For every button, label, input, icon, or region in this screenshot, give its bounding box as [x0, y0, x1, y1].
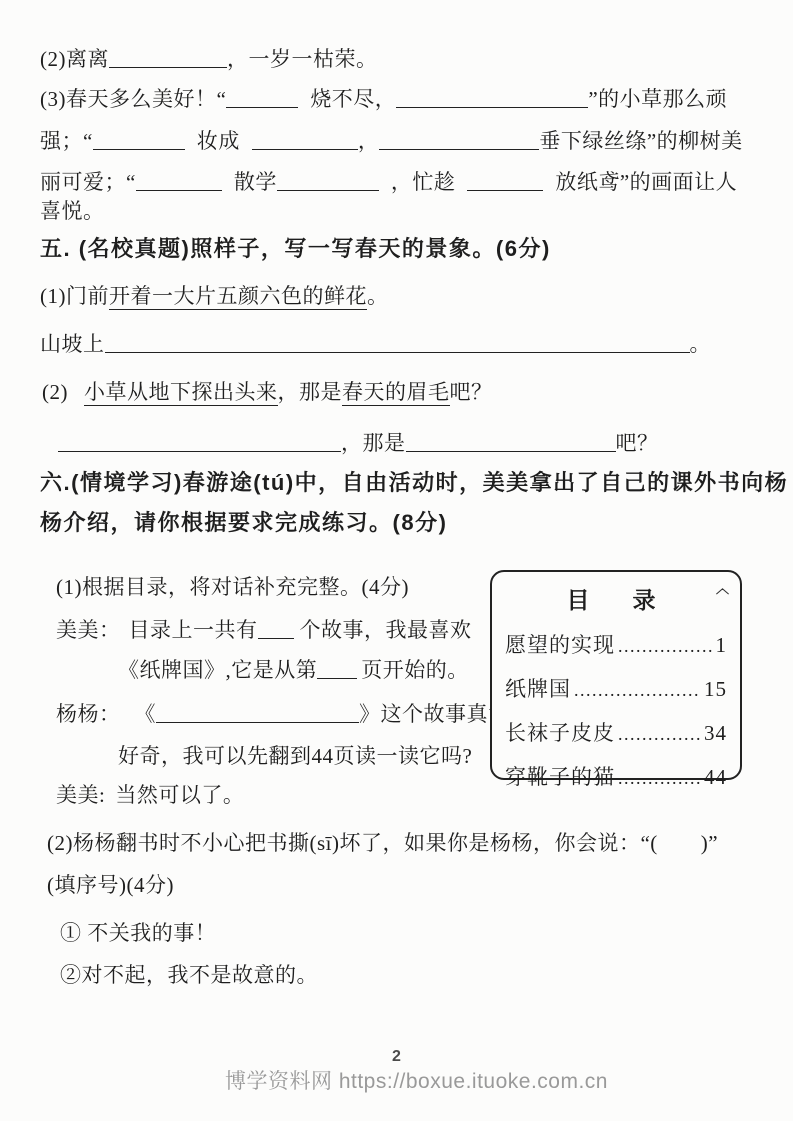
q4-3-text: ， — [358, 129, 380, 153]
section6-heading-line1: 六.(情境学习)春游途(tú)中，自由活动时，美美拿出了自己的课外书向杨 — [40, 470, 788, 496]
leader-dots — [618, 633, 713, 658]
speaker-meimei: 美美： — [56, 618, 121, 642]
q5-1-answer-suffix: 。 — [690, 332, 712, 356]
q4-3-text: 强；“ — [40, 129, 93, 153]
catalog-title-row: 目 录 ︿ — [505, 582, 727, 615]
dialog-meimei-line2: 《纸牌国》,它是从第页开始的。 — [118, 657, 469, 683]
catalog-entry-page: 44 — [704, 765, 727, 790]
catalog-box: 目 录 ︿ 愿望的实现 1 纸牌国 15 长袜子皮皮 34 穿靴子的猫 44 — [490, 570, 742, 780]
leader-dots — [618, 721, 701, 746]
answer-blank-line — [105, 337, 690, 353]
catalog-title: 目 录 — [567, 588, 666, 613]
q4-3-text: 丽可爱；“ — [40, 170, 136, 194]
blank-line — [396, 92, 588, 108]
q5-2-suffix: 吧？ — [450, 380, 493, 404]
option-1-text: ① 不关我的事！ — [60, 921, 216, 945]
dialog-meimei-line3: 美美:当然可以了。 — [56, 782, 244, 808]
catalog-entry-page: 15 — [704, 677, 727, 702]
section6-heading-text2: 杨介绍，请你根据要求完成练习。(8分) — [40, 510, 447, 535]
catalog-entry-title: 纸牌国 — [505, 673, 571, 703]
dialog-meimei-line1: 美美：目录上一共有个故事，我最喜欢 — [56, 617, 472, 643]
answer-blank-line — [258, 623, 294, 639]
catalog-entry-page: 34 — [704, 721, 727, 746]
section6-heading-line2: 杨介绍，请你根据要求完成练习。(8分) — [40, 510, 447, 536]
catalog-entry-page: 1 — [716, 633, 728, 658]
q5-2-example-underlined: 小草从地下探出头来 — [84, 380, 278, 406]
catalog-entry-title: 愿望的实现 — [505, 629, 615, 659]
q4-2-suffix: ，一岁一枯荣。 — [227, 47, 378, 71]
dialog-text: 《 — [135, 702, 157, 726]
blank-line — [467, 175, 543, 191]
q5-2-answer-suffix: 吧？ — [616, 431, 659, 455]
q6-1-label: (1)根据目录，将对话补充完整。(4分) — [56, 574, 409, 600]
catalog-entry: 长袜子皮皮 34 — [505, 717, 727, 747]
answer-blank-line — [156, 707, 359, 723]
q4-2-prefix: (2)离离 — [40, 47, 109, 71]
q4-3-line4: 喜悦。 — [40, 198, 105, 224]
section5-heading: 五. (名校真题)照样子，写一写春天的景象。(6分) — [40, 236, 551, 262]
catalog-entry: 愿望的实现 1 — [505, 629, 727, 659]
q4-3-text: (3)春天多么美好！“ — [40, 87, 226, 111]
q4-3-text: 散学 — [234, 170, 277, 194]
catalog-entry-title: 长袜子皮皮 — [505, 717, 615, 747]
q6-2-line2: (填序号)(4分) — [47, 872, 174, 898]
answer-blank-line — [58, 436, 341, 452]
caret-icon: ︿ — [716, 578, 729, 597]
dialog-yangyang-line1: 杨杨：《》这个故事真让人 — [56, 701, 531, 727]
dialog-text: 《纸牌国》,它是从第 — [118, 658, 317, 682]
blank-line — [109, 52, 227, 68]
q5-2-num: (2) — [42, 380, 68, 404]
q5-1-answer-line: 山坡上。 — [40, 331, 711, 357]
dialog-text: 当然可以了。 — [115, 783, 244, 807]
q4-3-text: 喜悦。 — [40, 199, 105, 223]
blank-line — [136, 175, 222, 191]
q4-3-text: ”的小草那么顽 — [588, 87, 727, 111]
option-1: ① 不关我的事！ — [60, 920, 216, 946]
dialog-text: 目录上一共有 — [129, 618, 258, 642]
speaker-yangyang: 杨杨： — [56, 702, 121, 726]
dialog-yangyang-line2: 好奇，我可以先翻到44页读一读它吗? — [118, 743, 472, 769]
q4-2-line: (2)离离，一岁一枯荣。 — [40, 46, 378, 72]
q5-1-line: (1)门前开着一大片五颜六色的鲜花。 — [40, 283, 389, 309]
q4-3-text: 放纸鸢”的画面让人 — [555, 170, 737, 194]
q5-1-suffix: 。 — [367, 284, 389, 308]
footer-watermark: 博学资料网 https://boxue.ituoke.com.cn — [60, 1065, 773, 1095]
blank-line — [93, 134, 185, 150]
q5-2-line: (2)小草从地下探出头来，那是春天的眉毛吧？ — [42, 379, 493, 405]
speaker-meimei: 美美: — [56, 783, 105, 807]
q4-3-line2: 强；“妆成，垂下绿丝绦”的柳树美 — [40, 128, 743, 154]
q4-3-text: 垂下绿丝绦”的柳树美 — [539, 129, 742, 153]
blank-line — [277, 175, 379, 191]
q5-1-example-underlined: 开着一大片五颜六色的鲜花 — [109, 284, 367, 310]
leader-dots — [618, 765, 701, 790]
catalog-entry-title: 穿靴子的猫 — [505, 761, 615, 791]
dialog-text: 好奇，我可以先翻到44页读一读它吗? — [118, 744, 472, 768]
q5-2-answer-line: ，那是吧？ — [58, 430, 659, 456]
exam-page: (2)离离，一岁一枯荣。 (3)春天多么美好！“烧不尽，”的小草那么顽 强；“妆… — [0, 0, 793, 1121]
page-number: 2 — [40, 1048, 753, 1066]
dialog-text: 个故事，我最喜欢 — [300, 618, 472, 642]
q5-1-prefix: (1)门前 — [40, 284, 109, 308]
q5-1-answer-prefix: 山坡上 — [40, 332, 105, 356]
blank-line — [379, 134, 539, 150]
section5-heading-text: 五. (名校真题)照样子，写一写春天的景象。(6分) — [40, 236, 551, 261]
dialog-text: 页开始的。 — [361, 658, 469, 682]
catalog-entry: 纸牌国 15 — [505, 673, 727, 703]
q5-2-mid: ，那是 — [278, 380, 343, 404]
section6-heading-text1: 六.(情境学习)春游途(tú)中，自由活动时，美美拿出了自己的课外书向杨 — [40, 470, 788, 495]
blank-line — [252, 134, 358, 150]
q6-2-line1: (2)杨杨翻书时不小心把书撕(sī)坏了，如果你是杨杨，你会说：“( )” — [47, 830, 718, 856]
catalog-entry: 穿靴子的猫 44 — [505, 761, 727, 791]
answer-blank-line — [317, 663, 357, 679]
q6-2-note: (填序号)(4分) — [47, 873, 174, 897]
blank-line — [226, 92, 298, 108]
option-2-text: ②对不起，我不是故意的。 — [60, 963, 318, 987]
q6-2-text: (2)杨杨翻书时不小心把书撕(sī)坏了，如果你是杨杨，你会说：“( )” — [47, 831, 718, 855]
q4-3-text: 妆成 — [197, 129, 240, 153]
q5-2-example-underlined: 春天的眉毛 — [342, 380, 450, 406]
q4-3-text: 烧不尽， — [310, 87, 396, 111]
q4-3-text: ，忙趁 — [391, 170, 456, 194]
answer-blank-line — [406, 436, 616, 452]
q4-3-line1: (3)春天多么美好！“烧不尽，”的小草那么顽 — [40, 86, 727, 112]
q6-1-label-text: (1)根据目录，将对话补充完整。(4分) — [56, 575, 409, 599]
q5-2-answer-mid: ，那是 — [341, 431, 406, 455]
leader-dots — [574, 677, 701, 702]
option-2: ②对不起，我不是故意的。 — [60, 962, 318, 988]
q4-3-line3: 丽可爱；“散学，忙趁放纸鸢”的画面让人 — [40, 169, 737, 195]
